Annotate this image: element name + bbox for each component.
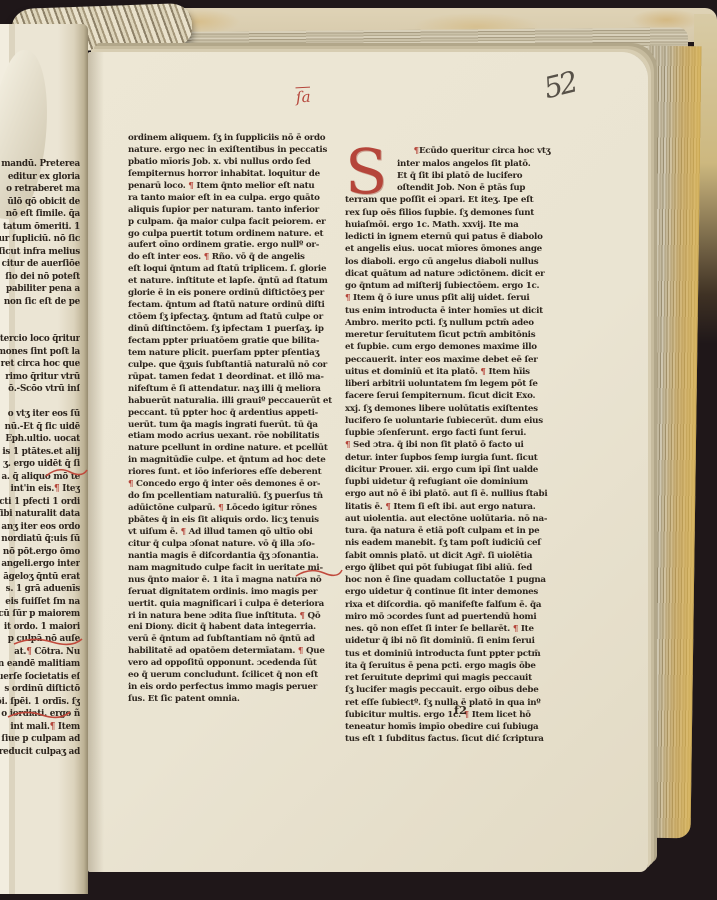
quire-signature: f2 [454,703,467,717]
recto-page: ſa 52 ordinem aliquem. ſʒ in ſuppliciis … [88,52,648,872]
facing-page-text-fragment: mandū. Preterea editur ex gloria o retra… [0,158,80,758]
open-book-photograph: mandū. Preterea editur ex gloria o retra… [0,0,717,900]
facing-page-partial: mandū. Preterea editur ex gloria o retra… [0,24,88,894]
text-column-right-body: ¶Ecūdo queritur circa hoc vtʒ inter malo… [345,146,550,743]
lombard-initial-S: S [345,145,397,193]
text-column-right: S¶Ecūdo queritur circa hoc vtʒ inter mal… [345,133,562,743]
quire-mark: ſa [296,88,311,107]
handwritten-folio-number: 52 [540,65,578,105]
text-column-left: ordinem aliquem. ſʒ in ſuppliciis nō ē o… [128,133,345,709]
